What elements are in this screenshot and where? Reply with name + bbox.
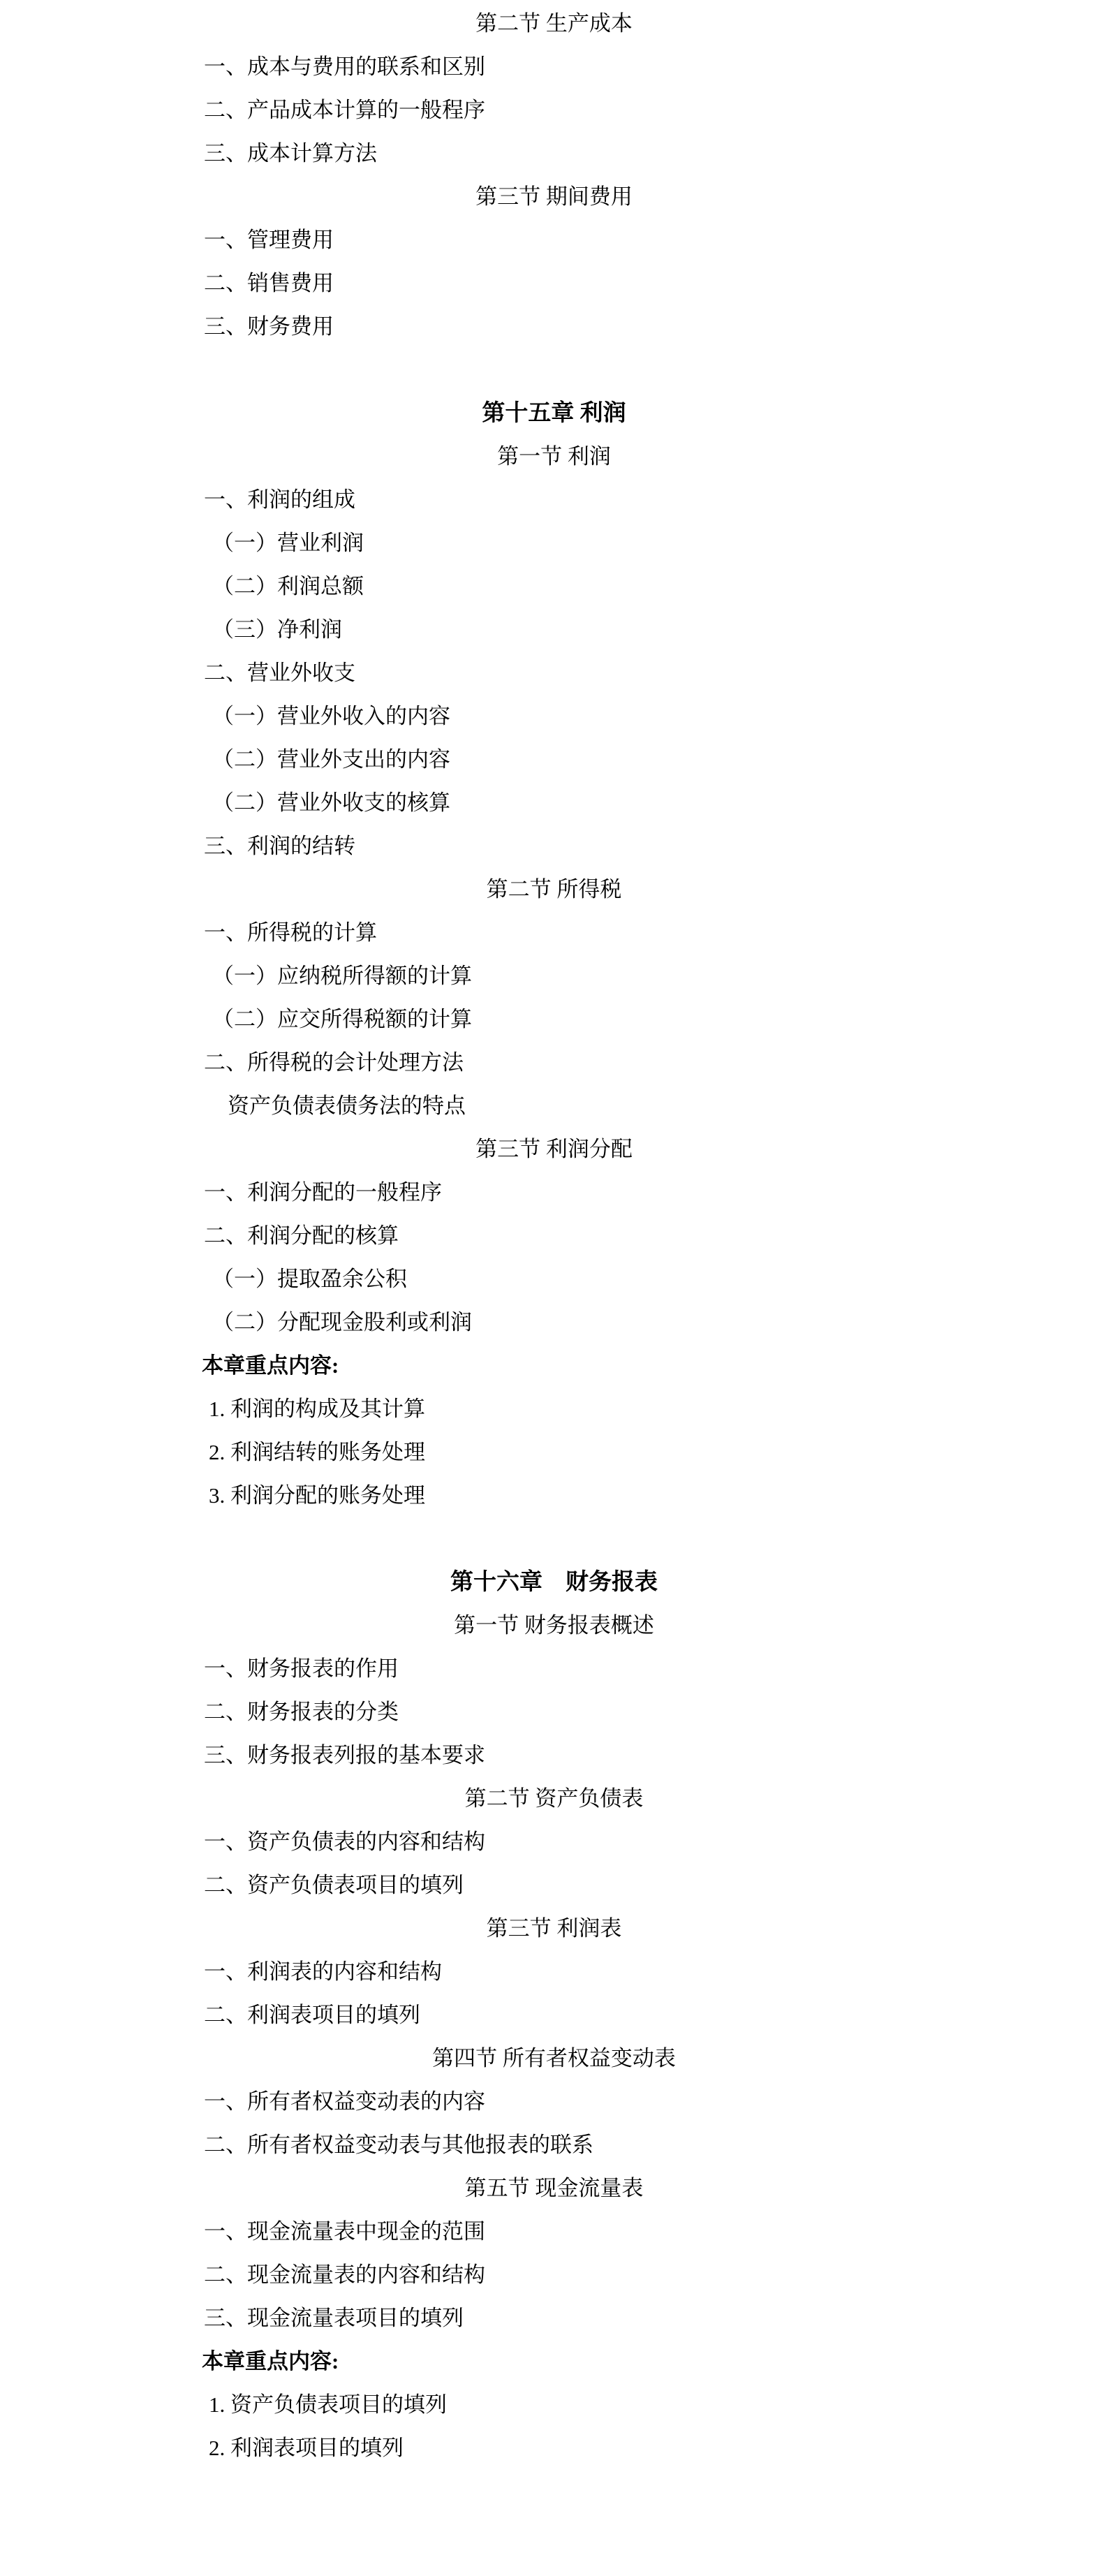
outline-item: 二、所有者权益变动表与其他报表的联系 xyxy=(0,2124,1108,2167)
outline-item: 二、利润表项目的填列 xyxy=(0,1994,1108,2037)
outline-subitem: （一）营业外收入的内容 xyxy=(0,695,1108,738)
section-heading: 第二节 资产负债表 xyxy=(0,1777,1108,1820)
outline-subitem: （一）提取盈余公积 xyxy=(0,1258,1108,1301)
outline-item: 二、财务报表的分类 xyxy=(0,1691,1108,1734)
outline-item: 一、利润分配的一般程序 xyxy=(0,1171,1108,1214)
outline-item: 二、营业外收支 xyxy=(0,652,1108,695)
document-outline: 第二节 生产成本一、成本与费用的联系和区别二、产品成本计算的一般程序三、成本计算… xyxy=(0,0,1108,2470)
outline-item: 一、利润表的内容和结构 xyxy=(0,1950,1108,1994)
outline-note: 资产负债表债务法的特点 xyxy=(0,1084,1108,1128)
chapter-heading: 第十五章 利润 xyxy=(0,392,1108,435)
keypoint-item: 2. 利润结转的账务处理 xyxy=(0,1431,1108,1474)
section-heading: 第五节 现金流量表 xyxy=(0,2167,1108,2210)
section-heading: 第三节 利润分配 xyxy=(0,1128,1108,1171)
outline-item: 三、财务报表列报的基本要求 xyxy=(0,1734,1108,1777)
outline-subitem: （二）利润总额 xyxy=(0,565,1108,608)
outline-item: 三、利润的结转 xyxy=(0,825,1108,868)
section-heading: 第二节 所得税 xyxy=(0,868,1108,911)
outline-item: 二、利润分配的核算 xyxy=(0,1214,1108,1258)
keypoint-item: 1. 资产负债表项目的填列 xyxy=(0,2383,1108,2427)
section-heading: 第二节 生产成本 xyxy=(0,2,1108,45)
section-heading: 第一节 财务报表概述 xyxy=(0,1604,1108,1647)
outline-item: 三、现金流量表项目的填列 xyxy=(0,2297,1108,2340)
outline-subitem: （一）应纳税所得额的计算 xyxy=(0,955,1108,998)
outline-subitem: （二）分配现金股利或利润 xyxy=(0,1301,1108,1344)
outline-item: 二、所得税的会计处理方法 xyxy=(0,1041,1108,1084)
outline-item: 二、资产负债表项目的填列 xyxy=(0,1864,1108,1907)
outline-item: 三、财务费用 xyxy=(0,305,1108,348)
outline-item: 二、销售费用 xyxy=(0,262,1108,305)
section-heading: 第三节 利润表 xyxy=(0,1907,1108,1950)
section-heading: 第三节 期间费用 xyxy=(0,175,1108,219)
keypoint-item: 1. 利润的构成及其计算 xyxy=(0,1388,1108,1431)
keypoints-heading: 本章重点内容: xyxy=(0,1344,1108,1388)
outline-item: 一、所有者权益变动表的内容 xyxy=(0,2080,1108,2124)
outline-item: 一、所得税的计算 xyxy=(0,911,1108,955)
outline-item: 一、成本与费用的联系和区别 xyxy=(0,45,1108,89)
keypoints-heading: 本章重点内容: xyxy=(0,2340,1108,2383)
outline-item: 一、管理费用 xyxy=(0,219,1108,262)
outline-subitem: （三）净利润 xyxy=(0,608,1108,652)
outline-item: 一、利润的组成 xyxy=(0,478,1108,522)
section-heading: 第一节 利润 xyxy=(0,435,1108,478)
document-page: 第二节 生产成本一、成本与费用的联系和区别二、产品成本计算的一般程序三、成本计算… xyxy=(0,0,1108,2576)
blank-line xyxy=(0,1517,1108,1561)
keypoint-item: 3. 利润分配的账务处理 xyxy=(0,1474,1108,1517)
outline-item: 三、成本计算方法 xyxy=(0,132,1108,175)
blank-line xyxy=(0,348,1108,392)
outline-subitem: （一）营业利润 xyxy=(0,522,1108,565)
outline-item: 一、资产负债表的内容和结构 xyxy=(0,1820,1108,1864)
outline-item: 二、现金流量表的内容和结构 xyxy=(0,2253,1108,2297)
outline-item: 二、产品成本计算的一般程序 xyxy=(0,89,1108,132)
chapter-heading: 第十六章 财务报表 xyxy=(0,1561,1108,1604)
outline-item: 一、财务报表的作用 xyxy=(0,1647,1108,1691)
outline-subitem: （二）营业外支出的内容 xyxy=(0,738,1108,781)
outline-subitem: （二）应交所得税额的计算 xyxy=(0,998,1108,1041)
section-heading: 第四节 所有者权益变动表 xyxy=(0,2037,1108,2080)
keypoint-item: 2. 利润表项目的填列 xyxy=(0,2427,1108,2470)
outline-subitem: （二）营业外收支的核算 xyxy=(0,781,1108,825)
outline-item: 一、现金流量表中现金的范围 xyxy=(0,2210,1108,2253)
